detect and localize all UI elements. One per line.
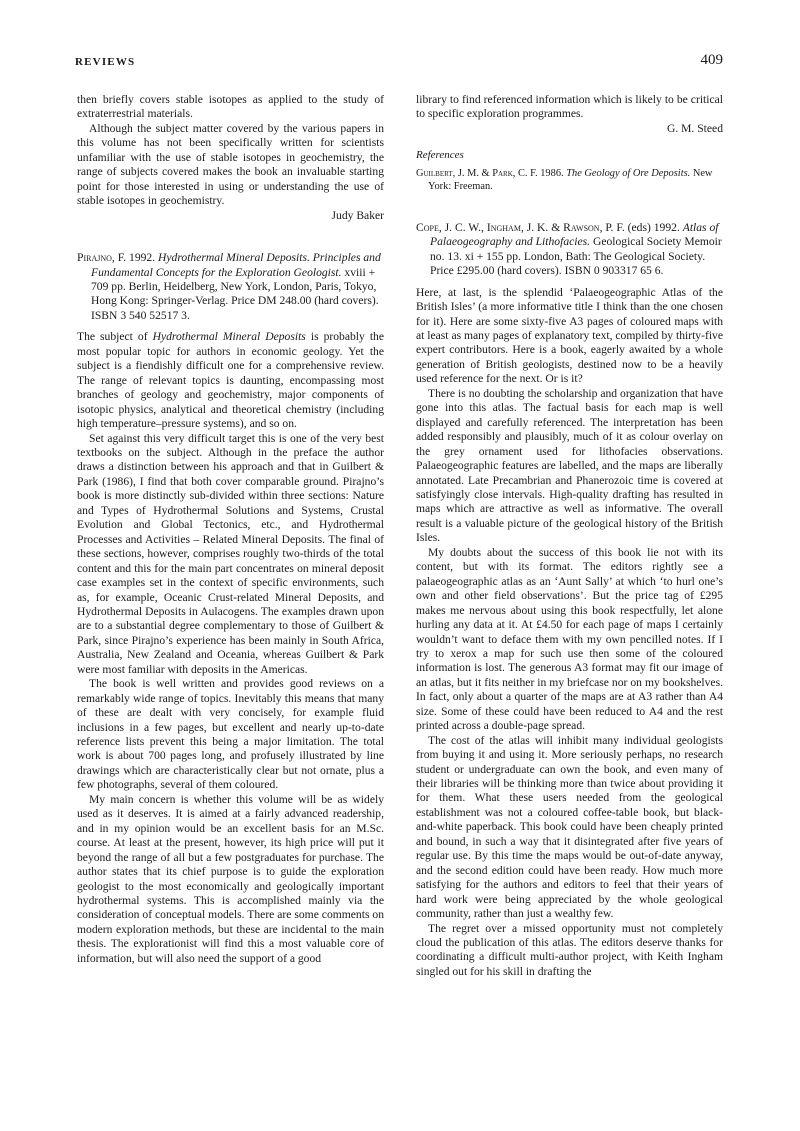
continuation-paragraph: Although the subject matter covered by t… [77, 122, 384, 209]
page-header: REVIEWS 409 [75, 52, 723, 72]
review-paragraph: Here, at last, is the splendid ‘Palaeoge… [416, 286, 723, 387]
continuation-paragraph: then briefly covers stable isotopes as a… [77, 93, 384, 122]
review-paragraph: There is no doubting the scholarship and… [416, 387, 723, 546]
book-citation: Pirajno, F. 1992. Hydrothermal Mineral D… [77, 251, 384, 323]
review-paragraph: The book is well written and provides go… [77, 677, 384, 793]
review-paragraph: The cost of the atlas will inhibit many … [416, 734, 723, 922]
right-column: library to find referenced information w… [416, 93, 723, 979]
citation-author: Pirajno [77, 251, 112, 264]
left-column: then briefly covers stable isotopes as a… [77, 93, 384, 966]
review-paragraph: The subject of Hydrothermal Mineral Depo… [77, 330, 384, 431]
review-paragraph: Set against this very difficult target t… [77, 432, 384, 678]
reviewer-signature: G. M. Steed [416, 122, 723, 136]
review-paragraph: My doubts about the success of this book… [416, 546, 723, 734]
reviewer-signature: Judy Baker [77, 209, 384, 223]
reference-entry: Guilbert, J. M. & Park, C. F. 1986. The … [416, 167, 723, 193]
page-number: 409 [701, 52, 724, 69]
review-paragraph: The regret over a missed opportunity mus… [416, 922, 723, 980]
review-paragraph: My main concern is whether this volume w… [77, 793, 384, 966]
book-citation: Cope, J. C. W., Ingham, J. K. & Rawson, … [416, 221, 723, 279]
running-head: REVIEWS [75, 56, 135, 68]
continuation-paragraph: library to find referenced information w… [416, 93, 723, 122]
references-heading: References [416, 148, 723, 162]
